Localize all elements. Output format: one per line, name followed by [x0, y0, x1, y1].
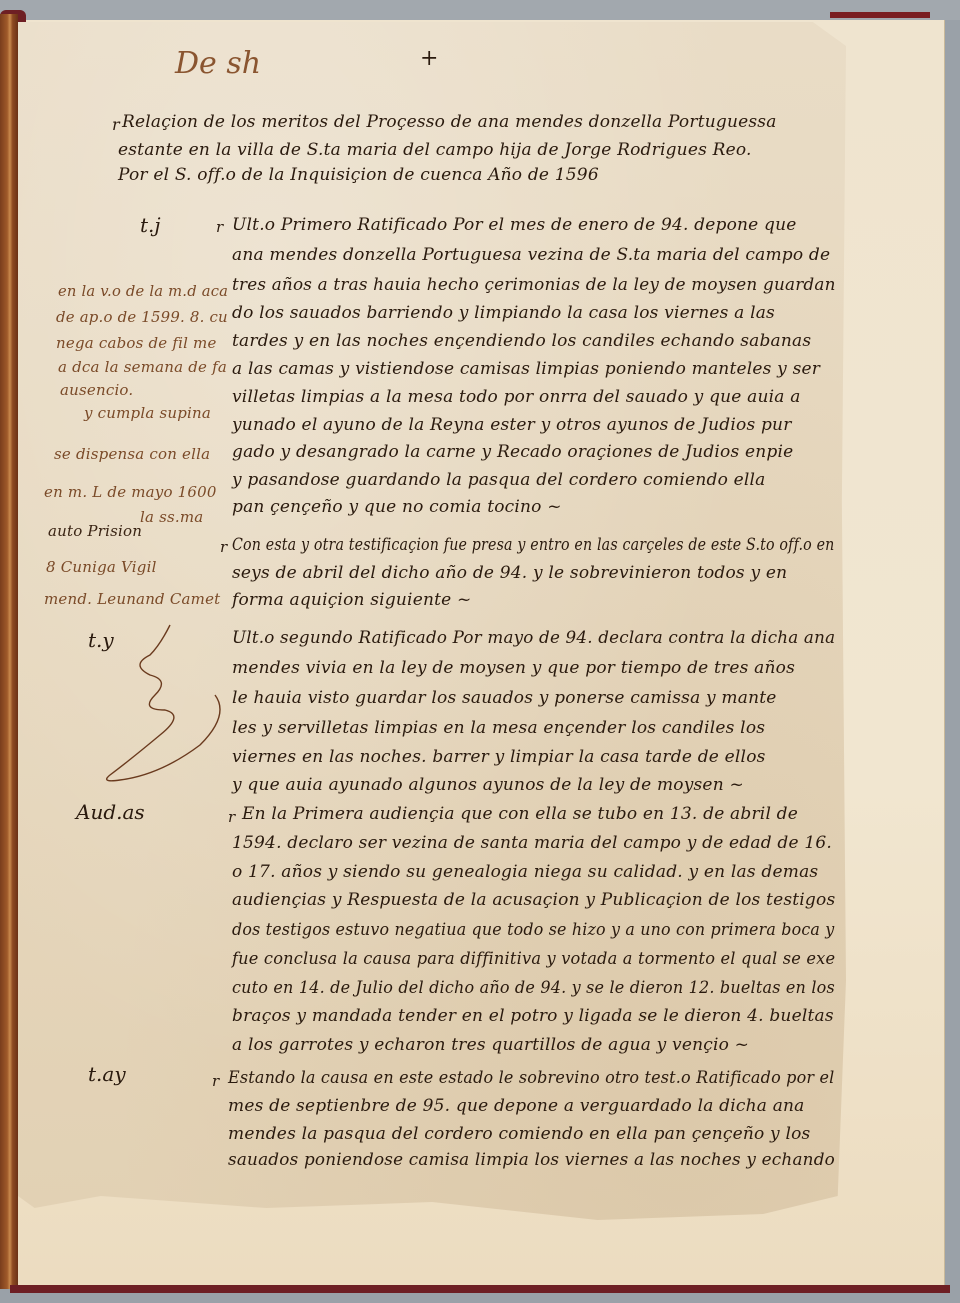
margin-note-6: y cumpla supina: [84, 404, 211, 422]
section-1-line-11: pan çençeño y que no comia tocino ~: [232, 497, 562, 517]
section-4-line-4: audiençias y Respuesta de la acusaçion y…: [232, 890, 835, 910]
section-4-line-1: En la Primera audiençia que con ella se …: [242, 804, 798, 824]
section-1-line-7: villetas limpias a la mesa todo por onrr…: [232, 387, 801, 407]
section-2-line-2: seys de abril del dicho año de 94. y le …: [232, 563, 787, 583]
paragraph-mark: r: [220, 538, 227, 556]
heading-line-1: Relaçion de los meritos del Proçesso de …: [122, 112, 777, 132]
book-cover-edge-top: [830, 12, 930, 18]
margin-note-4: a dca la semana de fa: [58, 358, 227, 376]
section-4-line-5: dos testigos estuvo negatiua que todo se…: [232, 920, 834, 940]
section-1-line-1: Ult.o Primero Ratificado Por el mes de e…: [232, 215, 797, 235]
section-5-line-1: Estando la causa en este estado le sobre…: [228, 1068, 834, 1088]
margin-note-7: se dispensa con ella: [54, 445, 210, 463]
margin-note-12: mend. Leunand Camet: [44, 590, 220, 608]
section-3-line-1: Ult.o segundo Ratificado Por mayo de 94.…: [232, 628, 835, 648]
section-1-line-9: gado y desangrado la carne y Recado oraç…: [232, 442, 793, 462]
section-4-line-3: o 17. años y siendo su genealogia niega …: [232, 862, 818, 882]
scan-background: [0, 0, 960, 20]
section-1-line-4: do los sauados barriendo y limpiando la …: [232, 303, 775, 323]
margin-note-1: en la v.o de la m.d aca: [58, 282, 228, 300]
section-5-line-2: mes de septienbre de 95. que depone a ve…: [228, 1096, 805, 1116]
section-1-line-10: y pasandose guardando la pasqua del cord…: [232, 470, 766, 490]
top-cross-mark: +: [420, 46, 438, 71]
paragraph-mark: r: [212, 1072, 219, 1090]
heading-line-2: estante en la villa de S.ta maria del ca…: [118, 140, 752, 160]
paragraph-mark: r: [228, 808, 235, 826]
section-1-line-6: a las camas y vistiendose camisas limpia…: [232, 359, 820, 379]
margin-note-9: la ss.ma: [140, 508, 203, 526]
section-2-line-1: Con esta y otra testificaçion fue presa …: [232, 535, 834, 555]
section-4-line-6: fue conclusa la causa para diffinitiva y…: [232, 949, 835, 969]
margin-note-3: nega cabos de fil me: [56, 334, 217, 352]
section-5-line-3: mendes la pasqua del cordero comiendo en…: [228, 1124, 810, 1144]
witness-marker-1: t.j: [140, 213, 161, 237]
section-3-line-4: les y servilletas limpias en la mesa enç…: [232, 718, 765, 738]
book-cover-edge-bottom: [10, 1285, 950, 1293]
section-1-line-3: tres años a tras hauia hecho çerimonias …: [232, 275, 836, 295]
top-annotation: De sh: [175, 46, 261, 81]
section-1-line-5: tardes y en las noches ençendiendo los c…: [232, 331, 811, 351]
section-3-line-5: viernes en las noches. barrer y limpiar …: [232, 747, 766, 767]
section-4-line-7: cuto en 14. de Julio del dicho año de 94…: [232, 978, 835, 998]
paragraph-mark: r: [112, 115, 120, 134]
margin-note-11: 8 Cuniga Vigil: [46, 558, 157, 576]
margin-note-10: auto Prision: [48, 522, 142, 540]
signature-flourish: [90, 615, 240, 785]
margin-note-8: en m. L de mayo 1600: [44, 483, 217, 501]
section-5-line-4: sauados poniendose camisa limpia los vie…: [228, 1150, 835, 1170]
witness-marker-3: t.ay: [88, 1062, 126, 1086]
margin-note-5: ausencio.: [60, 381, 133, 399]
section-1-line-2: ana mendes donzella Portuguesa vezina de…: [232, 245, 830, 265]
section-4-line-2: 1594. declaro ser vezina de santa maria …: [232, 833, 832, 853]
margin-note-2: de ap.o de 1599. 8. cu: [56, 308, 228, 326]
section-3-line-6: y que auia ayunado algunos ayunos de la …: [232, 775, 744, 795]
section-4-line-9: a los garrotes y echaron tres quartillos…: [232, 1035, 749, 1055]
paragraph-mark: r: [216, 218, 223, 236]
audiencias-marker: Aud.as: [76, 800, 145, 824]
book-spine-binding: [0, 14, 18, 1289]
section-4-line-8: braços y mandada tender en el potro y li…: [232, 1006, 834, 1026]
section-1-line-8: yunado el ayuno de la Reyna ester y otro…: [232, 415, 792, 435]
heading-line-3: Por el S. off.o de la Inquisiçion de cue…: [118, 165, 599, 185]
section-3-line-2: mendes vivia en la ley de moysen y que p…: [232, 658, 795, 678]
section-2-line-3: forma aquiçion siguiente ~: [232, 590, 471, 610]
section-3-line-3: le hauia visto guardar los sauados y pon…: [232, 688, 777, 708]
